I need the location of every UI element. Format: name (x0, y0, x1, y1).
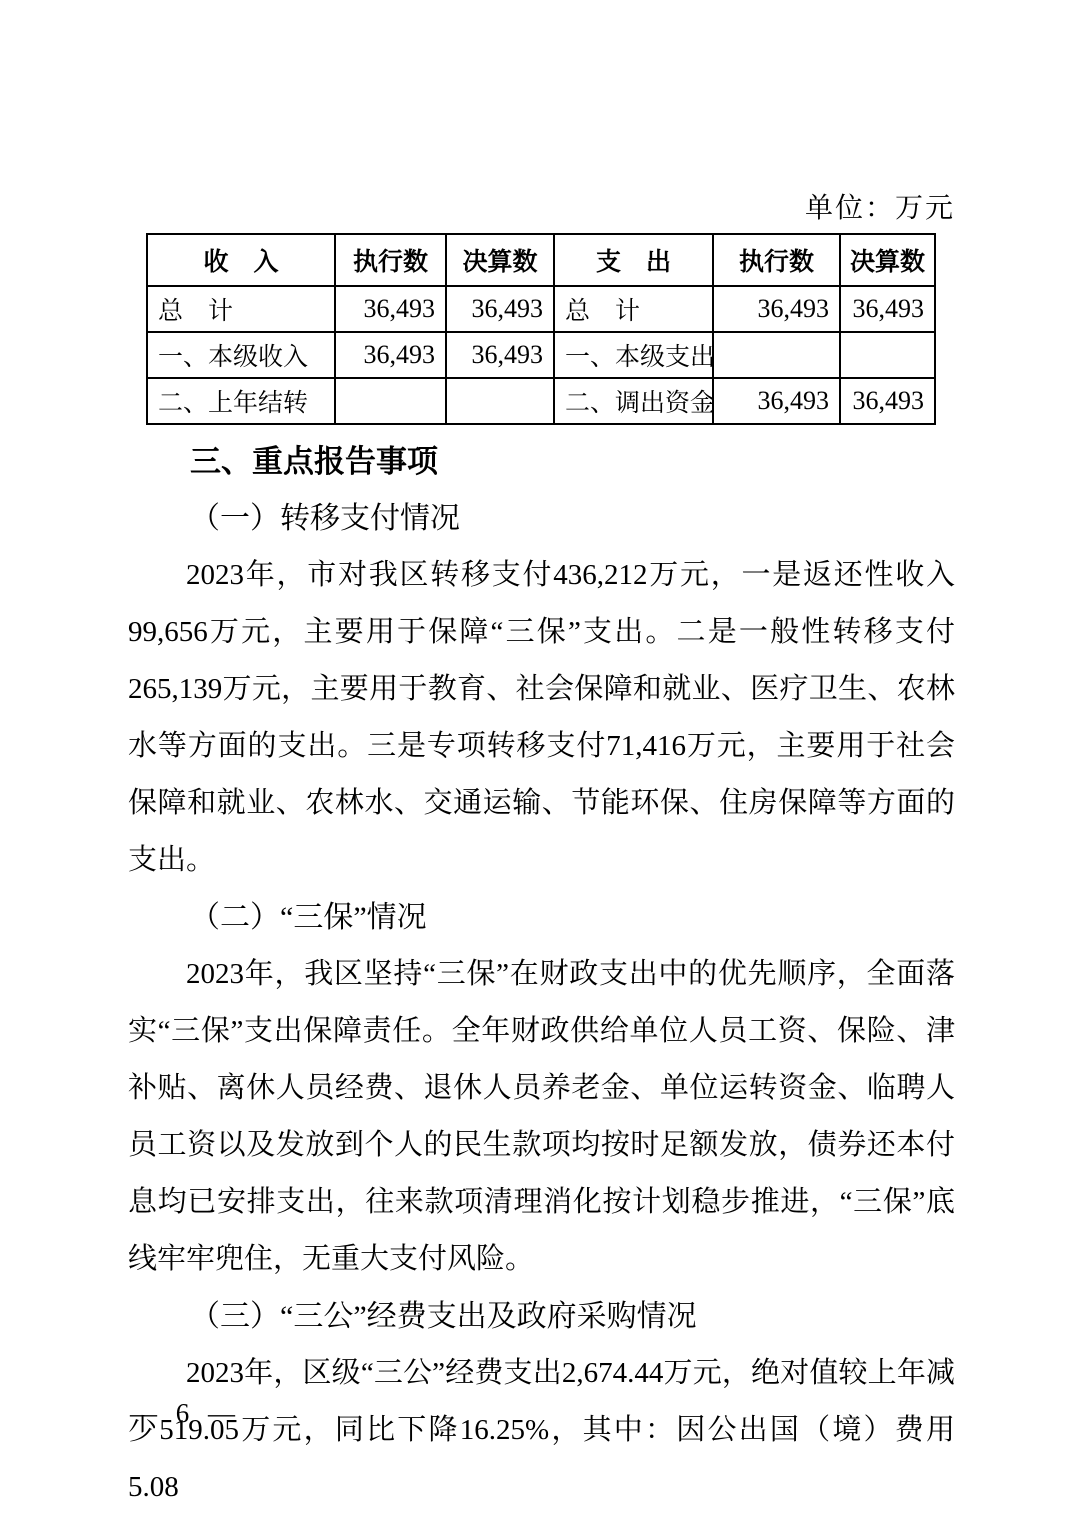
sub-heading-transfer-payments: （一）转移支付情况 (128, 490, 955, 547)
section-heading-key-report-items: 三、重点报告事项 (128, 433, 955, 490)
income-carryover-final (446, 378, 554, 424)
col-header-expense-final: 决算数 (840, 234, 935, 286)
paragraph-transfer-payments: 2023年，市对我区转移支付436,212万元，一是返还性收入99,656万元，… (128, 547, 955, 889)
col-header-income-final: 决算数 (446, 234, 554, 286)
income-carryover-exec (335, 378, 446, 424)
expense-total-final: 36,493 (840, 286, 935, 332)
expense-own-exec (713, 332, 840, 378)
budget-summary-table: 收 入 执行数 决算数 支 出 执行数 决算数 总 计 36,493 36,49… (146, 233, 936, 425)
col-header-expense: 支 出 (554, 234, 713, 286)
expense-total-label: 总 计 (554, 286, 713, 332)
paragraph-three-guarantees: 2023年，我区坚持“三保”在财政支出中的优先顺序，全面落实“三保”支出保障责任… (128, 946, 955, 1288)
income-own-final: 36,493 (446, 332, 554, 378)
col-header-expense-exec: 执行数 (713, 234, 840, 286)
expense-own-label: 一、本级支出 (554, 332, 713, 378)
document-page: 单位：万元 收 入 执行数 决算数 支 出 执行数 决算数 总 计 36,493 (0, 0, 1074, 1520)
table-row-total: 总 计 36,493 36,493 总 计 36,493 36,493 (147, 286, 935, 332)
expense-total-exec: 36,493 (713, 286, 840, 332)
income-own-label: 一、本级收入 (147, 332, 335, 378)
table-row-own-level: 一、本级收入 36,493 36,493 一、本级支出 (147, 332, 935, 378)
document-body: 三、重点报告事项 （一）转移支付情况 2023年，市对我区转移支付436,212… (128, 433, 955, 1516)
income-total-label: 总 计 (147, 286, 335, 332)
paragraph-three-public-expenses: 2023年，区级“三公”经费支出2,674.44万元，绝对值较上年减少519.0… (128, 1345, 955, 1516)
expense-transfer-out-exec: 36,493 (713, 378, 840, 424)
sub-heading-three-public-expenses: （三）“三公”经费支出及政府采购情况 (128, 1288, 955, 1345)
income-carryover-label: 二、上年结转 (147, 378, 335, 424)
unit-label: 单位：万元 (128, 190, 955, 228)
page-number: — 6 — (130, 1398, 241, 1429)
expense-transfer-out-final: 36,493 (840, 378, 935, 424)
col-header-income-exec: 执行数 (335, 234, 446, 286)
expense-own-final (840, 332, 935, 378)
expense-transfer-out-label: 二、调出资金 (554, 378, 713, 424)
sub-heading-three-guarantees: （二）“三保”情况 (128, 889, 955, 946)
income-total-exec: 36,493 (335, 286, 446, 332)
income-own-exec: 36,493 (335, 332, 446, 378)
income-total-final: 36,493 (446, 286, 554, 332)
table-row-carryover: 二、上年结转 二、调出资金 36,493 36,493 (147, 378, 935, 424)
col-header-income: 收 入 (147, 234, 335, 286)
table-header-row: 收 入 执行数 决算数 支 出 执行数 决算数 (147, 234, 935, 286)
